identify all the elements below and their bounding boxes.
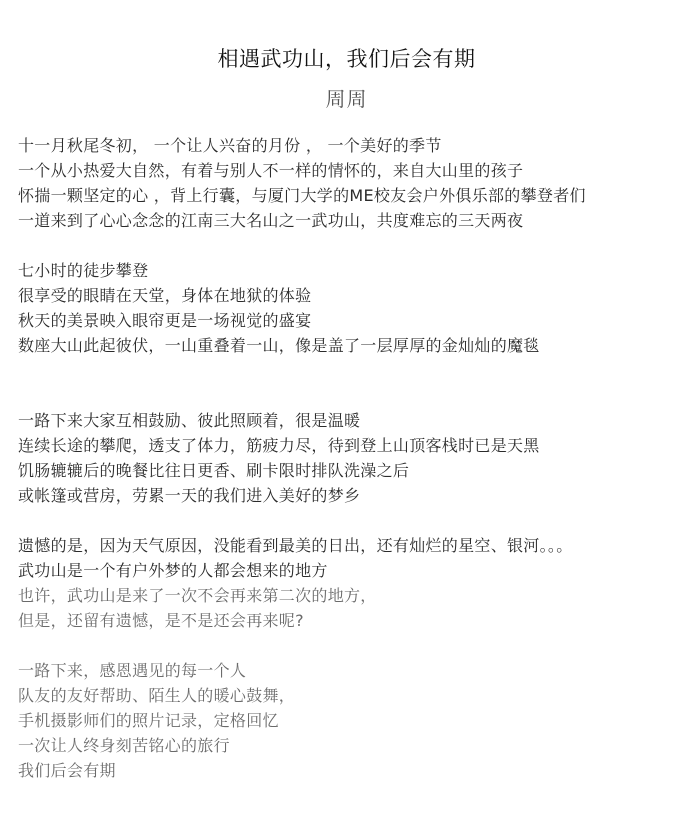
text-line: 怀揣一颗坚定的心 ，背上行囊，与厦门大学的ME校友会户外俱乐部的攀登者们 [18, 183, 688, 208]
text-line: 连续长途的攀爬，透支了体力，筋疲力尽，待到登上山顶客栈时已是天黑 [18, 433, 688, 458]
text-line: 一个从小热爱大自然，有着与别人不一样的情怀的，来自大山里的孩子 [18, 158, 688, 183]
text-line: 一道来到了心心念念的江南三大名山之一武功山，共度难忘的三天两夜 [18, 208, 688, 233]
text-line: 队友的友好帮助、陌生人的暖心鼓舞， [18, 683, 688, 708]
text-line: 或帐篷或营房，劳累一天的我们进入美好的梦乡 [18, 483, 688, 508]
text-line: 饥肠辘辘后的晚餐比往日更香、刷卡限时排队洗澡之后 [18, 458, 688, 483]
text-line: 很享受的眼睛在天堂，身体在地狱的体验 [18, 283, 688, 308]
text-line: 一路下来大家互相鼓励、彼此照顾着，很是温暖 [18, 408, 688, 433]
text-line: 武功山是一个有户外梦的人都会想来的地方 [18, 558, 688, 583]
text-line: 七小时的徒步攀登 [18, 258, 688, 283]
text-line: 一次让人终身刻苦铭心的旅行 [18, 733, 688, 758]
paragraph-5: 一路下来，感恩遇见的每一个人 队友的友好帮助、陌生人的暖心鼓舞， 手机摄影师们的… [18, 658, 688, 783]
paragraph-1: 十一月秋尾冬初， 一个让人兴奋的月份 ， 一个美好的季节 一个从小热爱大自然，有… [18, 133, 688, 233]
paragraph-spacer [18, 233, 688, 258]
article-title: 相遇武功山，我们后会有期 [0, 44, 693, 74]
paragraph-2: 七小时的徒步攀登 很享受的眼睛在天堂，身体在地狱的体验 秋天的美景映入眼帘更是一… [18, 258, 688, 358]
article-author: 周周 [0, 85, 693, 113]
text-line: 遗憾的是，因为天气原因，没能看到最美的日出，还有灿烂的星空、银河。。。 [18, 533, 688, 558]
text-line: 一路下来，感恩遇见的每一个人 [18, 658, 688, 683]
text-line: 秋天的美景映入眼帘更是一场视觉的盛宴 [18, 308, 688, 333]
paragraph-spacer [18, 358, 688, 408]
text-line: 也许，武功山是来了一次不会再来第二次的地方， [18, 583, 688, 608]
paragraph-3: 一路下来大家互相鼓励、彼此照顾着，很是温暖 连续长途的攀爬，透支了体力，筋疲力尽… [18, 408, 688, 508]
text-line: 我们后会有期 [18, 758, 688, 783]
paragraph-spacer [18, 508, 688, 533]
article-body: 十一月秋尾冬初， 一个让人兴奋的月份 ， 一个美好的季节 一个从小热爱大自然，有… [18, 133, 688, 783]
text-line: 但是，还留有遗憾，是不是还会再来呢? [18, 608, 688, 633]
text-line: 十一月秋尾冬初， 一个让人兴奋的月份 ， 一个美好的季节 [18, 133, 688, 158]
paragraph-4: 遗憾的是，因为天气原因，没能看到最美的日出，还有灿烂的星空、银河。。。 武功山是… [18, 533, 688, 633]
text-line: 数座大山此起彼伏，一山重叠着一山，像是盖了一层厚厚的金灿灿的魔毯 [18, 333, 688, 358]
text-line: 手机摄影师们的照片记录，定格回忆 [18, 708, 688, 733]
paragraph-spacer [18, 633, 688, 658]
